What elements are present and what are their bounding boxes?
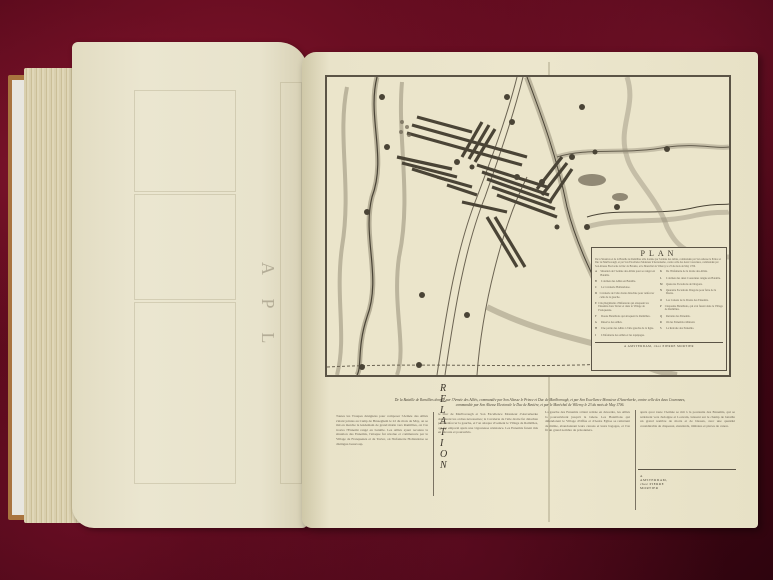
plan-item: MQuatorze Escadrons de Dragons. [660, 283, 723, 286]
plan-item: HUne partie des Alliés à l'aile gauche d… [595, 327, 658, 330]
plan-item: QRetraite des Ennemis. [660, 315, 723, 318]
plan-item: NQuarante Escadrons Dragons pour faire d… [660, 289, 723, 296]
plan-item: ECinq Régiments d'Infanterie qui attaque… [595, 302, 658, 312]
plan-item: ASituation de l'Armée des Alliés pour se… [595, 270, 658, 277]
plan-item: IL'Infanterie des Alliés et les équipage… [595, 334, 658, 337]
plan-right-column: KDe l'Infanterie de la droite des Alliés… [660, 270, 723, 340]
plan-item: LL'Armée des deux Couronnes rangée en Ba… [660, 277, 723, 280]
column-rule [635, 410, 636, 510]
plan-item: DCavalerie de l'aile droite détachée pou… [595, 292, 658, 299]
plan-item: FDouze Bataillons qui attaquent le Ramil… [595, 315, 658, 318]
left-page: A P L [72, 42, 308, 528]
plan-left-column: ASituation de l'Armée des Alliés pour se… [595, 270, 658, 340]
relation-column-4: après quoi toute l'Armée se mit à la pou… [640, 410, 735, 466]
plan-item: CLa Cavalerie Hollandoise. [595, 286, 658, 289]
show-through-block [134, 194, 236, 300]
plan-legend: PLAN De la Situation et de la Bataille d… [591, 247, 727, 371]
relation-column-1: Toutes les Troupes désignées pour compos… [336, 414, 428, 496]
plan-item: BL'Armée des Alliés en Bataille. [595, 280, 658, 283]
column-rule [433, 412, 434, 496]
show-through-strip [280, 82, 302, 484]
plan-intro: De la Situation et de la Bataille de Ram… [592, 258, 726, 268]
relation-subtitle: De la Bataille de Ramillies donnée par l… [345, 398, 735, 408]
plan-item: OLes Canons de la Droite des Ennemis. [660, 299, 723, 302]
plan-item: PCinquante Bataillons, qui s'en furent d… [660, 305, 723, 312]
plan-columns: ASituation de l'Armée des Alliés pour se… [592, 268, 726, 342]
plan-item: ROù les Ennemis rallièrent. [660, 321, 723, 324]
plan-item: KDe l'Infanterie de la droite des Alliés… [660, 270, 723, 273]
imprint-rule [638, 469, 736, 470]
relation-subtitle-line-2: commandée par Son Altesse Electorale le … [345, 403, 735, 408]
show-through-block [134, 90, 236, 192]
plan-imprint: A AMSTERDAM, chez PIERRE MORTIER [595, 342, 723, 348]
relation-column-3: La gauche des Ennemis s'étant retirée en… [545, 410, 630, 510]
show-through-block [134, 302, 236, 484]
plan-item: SLa Retraite des Ennemis. [660, 327, 723, 330]
plan-item: GRéserve des Alliés. [595, 321, 658, 324]
relation-imprint: A AMSTERDAM, chez PIERRE MORTIER [640, 474, 668, 490]
relation-column-2: le Duc de Marlborough et Son Excellence … [438, 412, 538, 496]
plan-title: PLAN [592, 249, 726, 258]
show-through-letters: A P L [257, 262, 278, 353]
